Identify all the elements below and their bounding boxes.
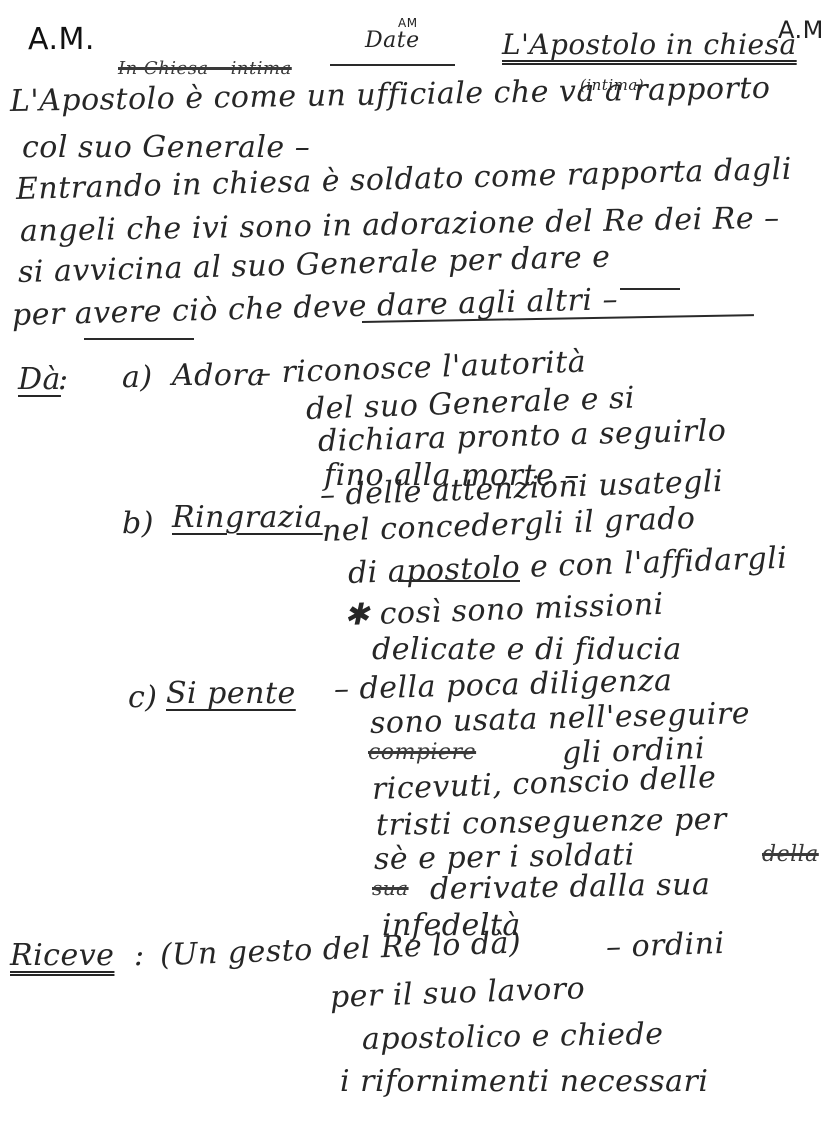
item-c-line-4: ricevuti, conscio delle [371, 760, 716, 807]
item-a-keyword: Adora [172, 358, 266, 393]
struck-heading: In Chiesa – intima [118, 58, 292, 79]
underline-apostolo [398, 580, 520, 582]
intro-line-2: col suo Generale – [22, 130, 310, 165]
item-c-struck-della: della [762, 842, 819, 867]
item-b-keyword: Ringrazia [172, 500, 323, 535]
receives-line-2: per il suo lavoro [329, 971, 585, 1015]
item-c-marker: c) [128, 680, 158, 715]
receives-parenthetical: (Un gesto del Re lo dà) [159, 925, 521, 973]
item-c-keyword: Si pente [166, 676, 296, 711]
underline-avere [84, 338, 194, 340]
item-b-marker: b) [122, 506, 154, 541]
item-a-marker: a) [122, 360, 153, 395]
manuscript-page: A.M. A.M AM Date In Chiesa – intima L'Ap… [0, 0, 834, 1139]
item-b-line-3: di apostolo e con l'affidargli [347, 541, 788, 591]
gives-colon: : [58, 362, 69, 397]
receives-label: Riceve [10, 938, 114, 973]
item-c-struck-sua: sua [372, 876, 409, 900]
receives-line-1: – ordini [605, 926, 725, 965]
initials-left: A.M. [28, 22, 95, 57]
item-c-line-7: derivate dalla sua [430, 867, 711, 907]
underline-dare [620, 288, 680, 290]
intro-line-4: angeli che ivi sono in adorazione del Re… [20, 201, 780, 249]
receives-colon: : [134, 938, 145, 973]
item-c-struck-word: compiere [368, 740, 476, 765]
intro-line-6: per avere ciò che deve dare agli altri – [12, 282, 619, 333]
section-label-underline [330, 64, 455, 66]
item-b-line-5: delicate e di fiducia [372, 632, 682, 667]
section-label: Date [365, 28, 420, 53]
item-b-line-4: ✱ così sono missioni [343, 587, 664, 633]
receives-line-4: i rifornimenti necessari [340, 1064, 708, 1099]
item-c-line-5: tristi conseguenze per [376, 802, 727, 843]
gives-label: Dà [18, 362, 61, 397]
page-title: L'Apostolo in chiesa [502, 28, 797, 61]
receives-line-3: apostolico e chiede [362, 1017, 664, 1057]
